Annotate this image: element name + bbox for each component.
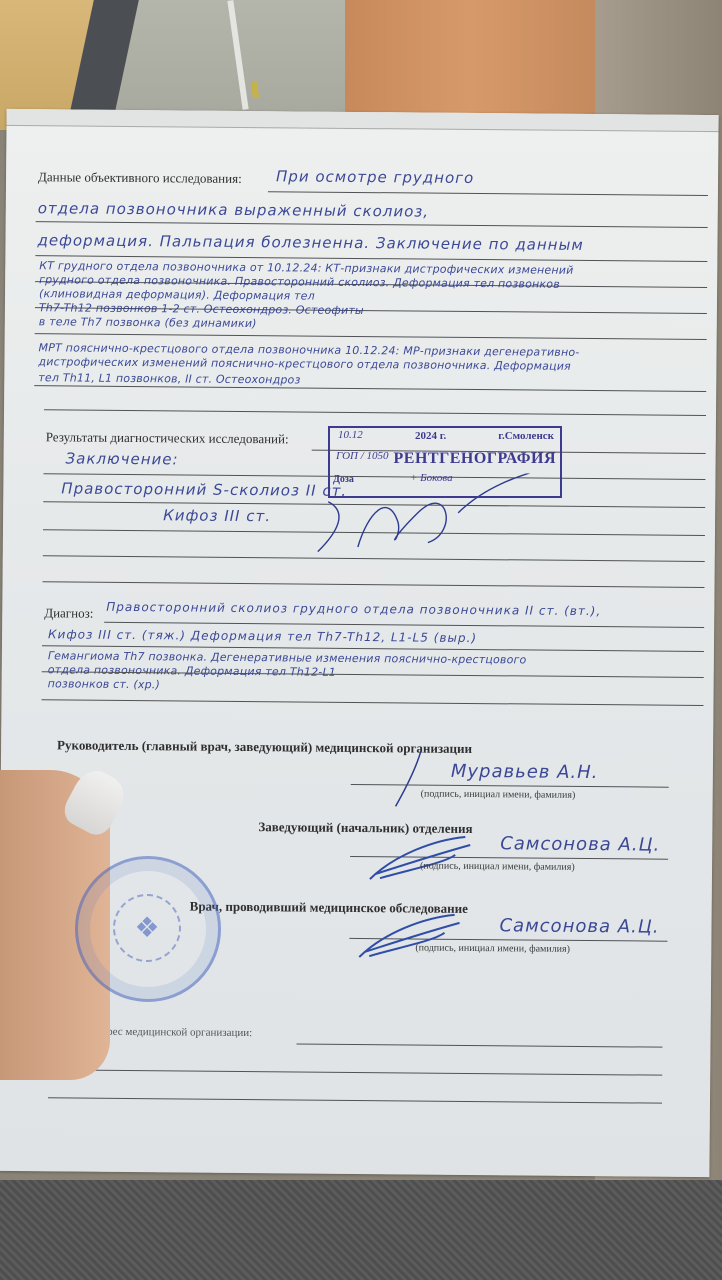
objective-label: Данные объективного исследования: — [38, 169, 242, 187]
diagnosis-label: Диагноз: — [44, 605, 93, 621]
diagnosis-text-line: Кифоз III ст. (тяж.) Деформация тел Th7-… — [48, 627, 477, 645]
rule-line — [104, 622, 704, 628]
stamp-note: ГОП / 1050 — [336, 450, 389, 462]
dept-signature-stroke — [365, 834, 475, 885]
objective-text-line: деформация. Пальпация болезненна. Заключ… — [37, 231, 583, 254]
stamp-title: РЕНТГЕНОГРАФИЯ — [394, 450, 557, 468]
rule-line — [44, 409, 706, 416]
stamp-city: г.Смоленск — [498, 430, 554, 442]
coat-of-arms-icon: ❖ — [113, 894, 181, 962]
rule-line — [41, 699, 703, 706]
head-signature: Муравьев А.Н. — [451, 761, 599, 783]
official-seal: ❖ — [75, 856, 221, 1002]
results-label: Результаты диагностических исследований: — [46, 429, 289, 447]
stamp-dose-text: + Бокова — [410, 472, 453, 484]
sign-hint: (подпись, инициал имени, фамилия) — [421, 789, 576, 801]
background-fabric — [0, 1180, 722, 1280]
stamp-dose-label: Доза — [333, 474, 354, 485]
rule-line — [43, 581, 705, 588]
doctor-signature-stroke — [354, 912, 464, 963]
objective-text-line: При осмотре грудного — [276, 167, 474, 187]
diagnosis-text-line: Правосторонний сколиоз грудного отдела п… — [106, 600, 601, 618]
results-text-line: Кифоз III ст. — [163, 506, 271, 525]
rule-line — [36, 221, 708, 228]
objective-text-line: отдела позвоночника выраженный сколиоз, — [38, 199, 429, 220]
objective-text-line: в теле Th7 позвонка (без динамики) — [39, 315, 257, 330]
mrt-text-line: тел Th11, L1 позвонков, II ст. Остеохонд… — [38, 371, 300, 386]
objective-text-line: (клиновидная деформация). Деформация тел — [39, 287, 315, 302]
radiography-stamp: 10.12 2024 г. г.Смоленск ГОП / 1050 РЕНТ… — [328, 426, 562, 498]
rule-line — [268, 191, 708, 196]
diagnosis-text-line: позвонков ст. (хр.) — [48, 677, 160, 691]
stamp-year: 2024 г. — [415, 430, 446, 442]
rule-line — [34, 385, 706, 392]
sign-hint: (подпись, инициал имени, фамилия) — [415, 943, 570, 955]
results-text-line: Заключение: — [66, 449, 179, 468]
doctor-signature: Самсонова А.Ц. — [499, 915, 659, 937]
address-line — [48, 1069, 662, 1075]
rule-line — [35, 333, 707, 340]
address-line — [296, 1043, 662, 1047]
results-text-line: Правосторонний S-сколиоз II ст. — [61, 479, 347, 499]
stamp-date: 10.12 — [338, 429, 363, 441]
address-line — [48, 1097, 662, 1103]
dept-signature: Самсонова А.Ц. — [500, 833, 660, 855]
sign-hint: (подпись, инициал имени, фамилия) — [420, 861, 575, 873]
